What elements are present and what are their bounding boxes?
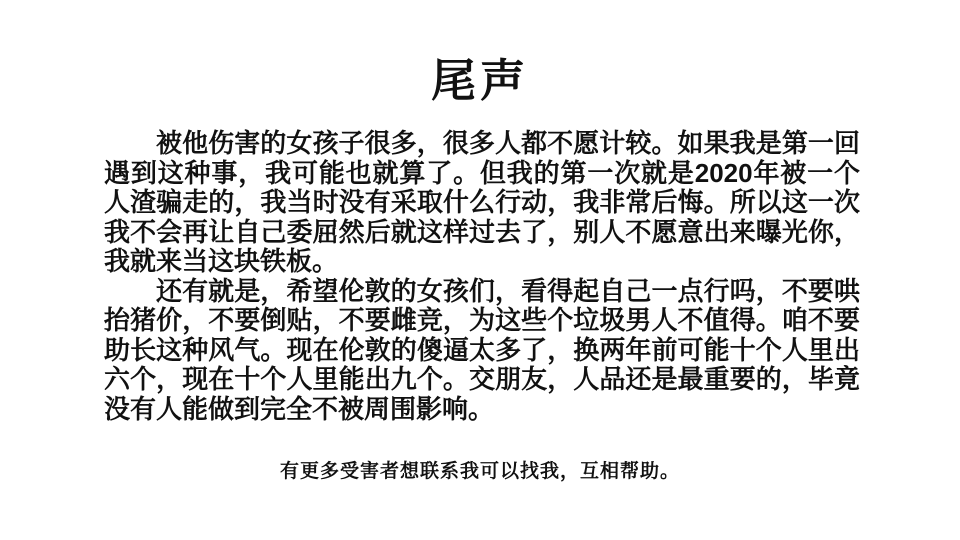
body-text: 被他伤害的女孩子很多，很多人都不愿计较。如果我是第一回遇到这种事，我可能也就算了… — [104, 129, 860, 424]
page-title: 尾声 — [0, 58, 960, 103]
paragraph-1: 被他伤害的女孩子很多，很多人都不愿计较。如果我是第一回遇到这种事，我可能也就算了… — [104, 129, 860, 277]
document-page: 尾声 被他伤害的女孩子很多，很多人都不愿计较。如果我是第一回遇到这种事，我可能也… — [0, 0, 960, 540]
footnote: 有更多受害者想联系我可以找我，互相帮助。 — [0, 456, 960, 483]
paragraph-2: 还有就是，希望伦敦的女孩们，看得起自己一点行吗，不要哄抬猪价，不要倒贴，不要雌竞… — [104, 277, 860, 425]
